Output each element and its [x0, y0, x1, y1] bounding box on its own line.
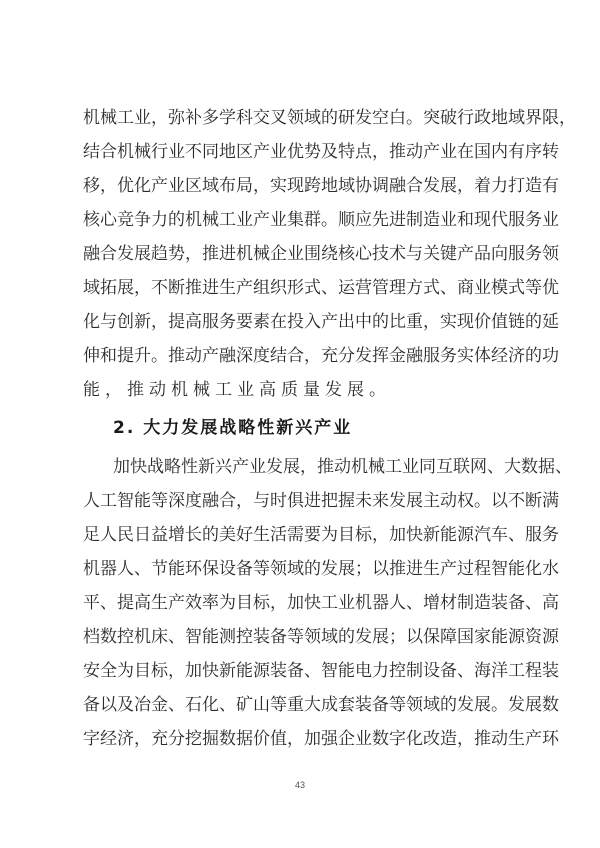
document-page: 机械工业，弥补多学科交叉领域的研发空白。突破行政地域界限， 结合机械行业不同地区… [0, 0, 600, 848]
text-line: 伸和提升。推动产融深度结合，充分发挥金融服务实体经济的功 [83, 344, 520, 368]
text-line: 结合机械行业不同地区产业优势及特点，推动产业在国内有序转 [83, 140, 520, 164]
text-line: 域拓展，不断推进生产组织形式、运营管理方式、商业模式等优 [83, 276, 520, 300]
text-line: 能，推动机械工业高质量发展。 [83, 378, 391, 402]
text-line: 融合发展趋势，推进机械企业围绕核心技术与关键产品向服务领 [83, 242, 520, 266]
text-line: 核心竞争力的机械工业产业集群。顺应先进制造业和现代服务业 [83, 208, 520, 232]
text-line: 备以及冶金、石化、矿山等重大成套装备等领域的发展。发展数 [83, 693, 520, 717]
text-line: 安全为目标，加快新能源装备、智能电力控制设备、海洋工程装 [83, 659, 520, 683]
text-line: 足人民日益增长的美好生活需要为目标，加快新能源汽车、服务 [83, 523, 520, 547]
page-number: 43 [0, 780, 600, 790]
text-line: 机器人、节能环保设备等领域的发展；以推进生产过程智能化水 [83, 557, 520, 581]
text-line: 档数控机床、智能测控装备等领域的发展；以保障国家能源资源 [83, 625, 520, 649]
text-line: 平、提高生产效率为目标，加快工业机器人、增材制造装备、高 [83, 591, 520, 615]
text-line: 加快战略性新兴产业发展，推动机械工业同互联网、大数据、 [113, 455, 520, 479]
text-line: 移，优化产业区域布局，实现跨地域协调融合发展，着力打造有 [83, 174, 520, 198]
text-line: 人工智能等深度融合，与时俱进把握未来发展主动权。以不断满 [83, 489, 520, 513]
text-line: 字经济，充分挖掘数据价值，加强企业数字化改造，推动生产环 [83, 727, 520, 751]
section-heading: 2. 大力发展战略性新兴产业 [113, 416, 352, 440]
text-line: 机械工业，弥补多学科交叉领域的研发空白。突破行政地域界限， [83, 106, 520, 130]
text-line: 化与创新，提高服务要素在投入产出中的比重，实现价值链的延 [83, 310, 520, 334]
